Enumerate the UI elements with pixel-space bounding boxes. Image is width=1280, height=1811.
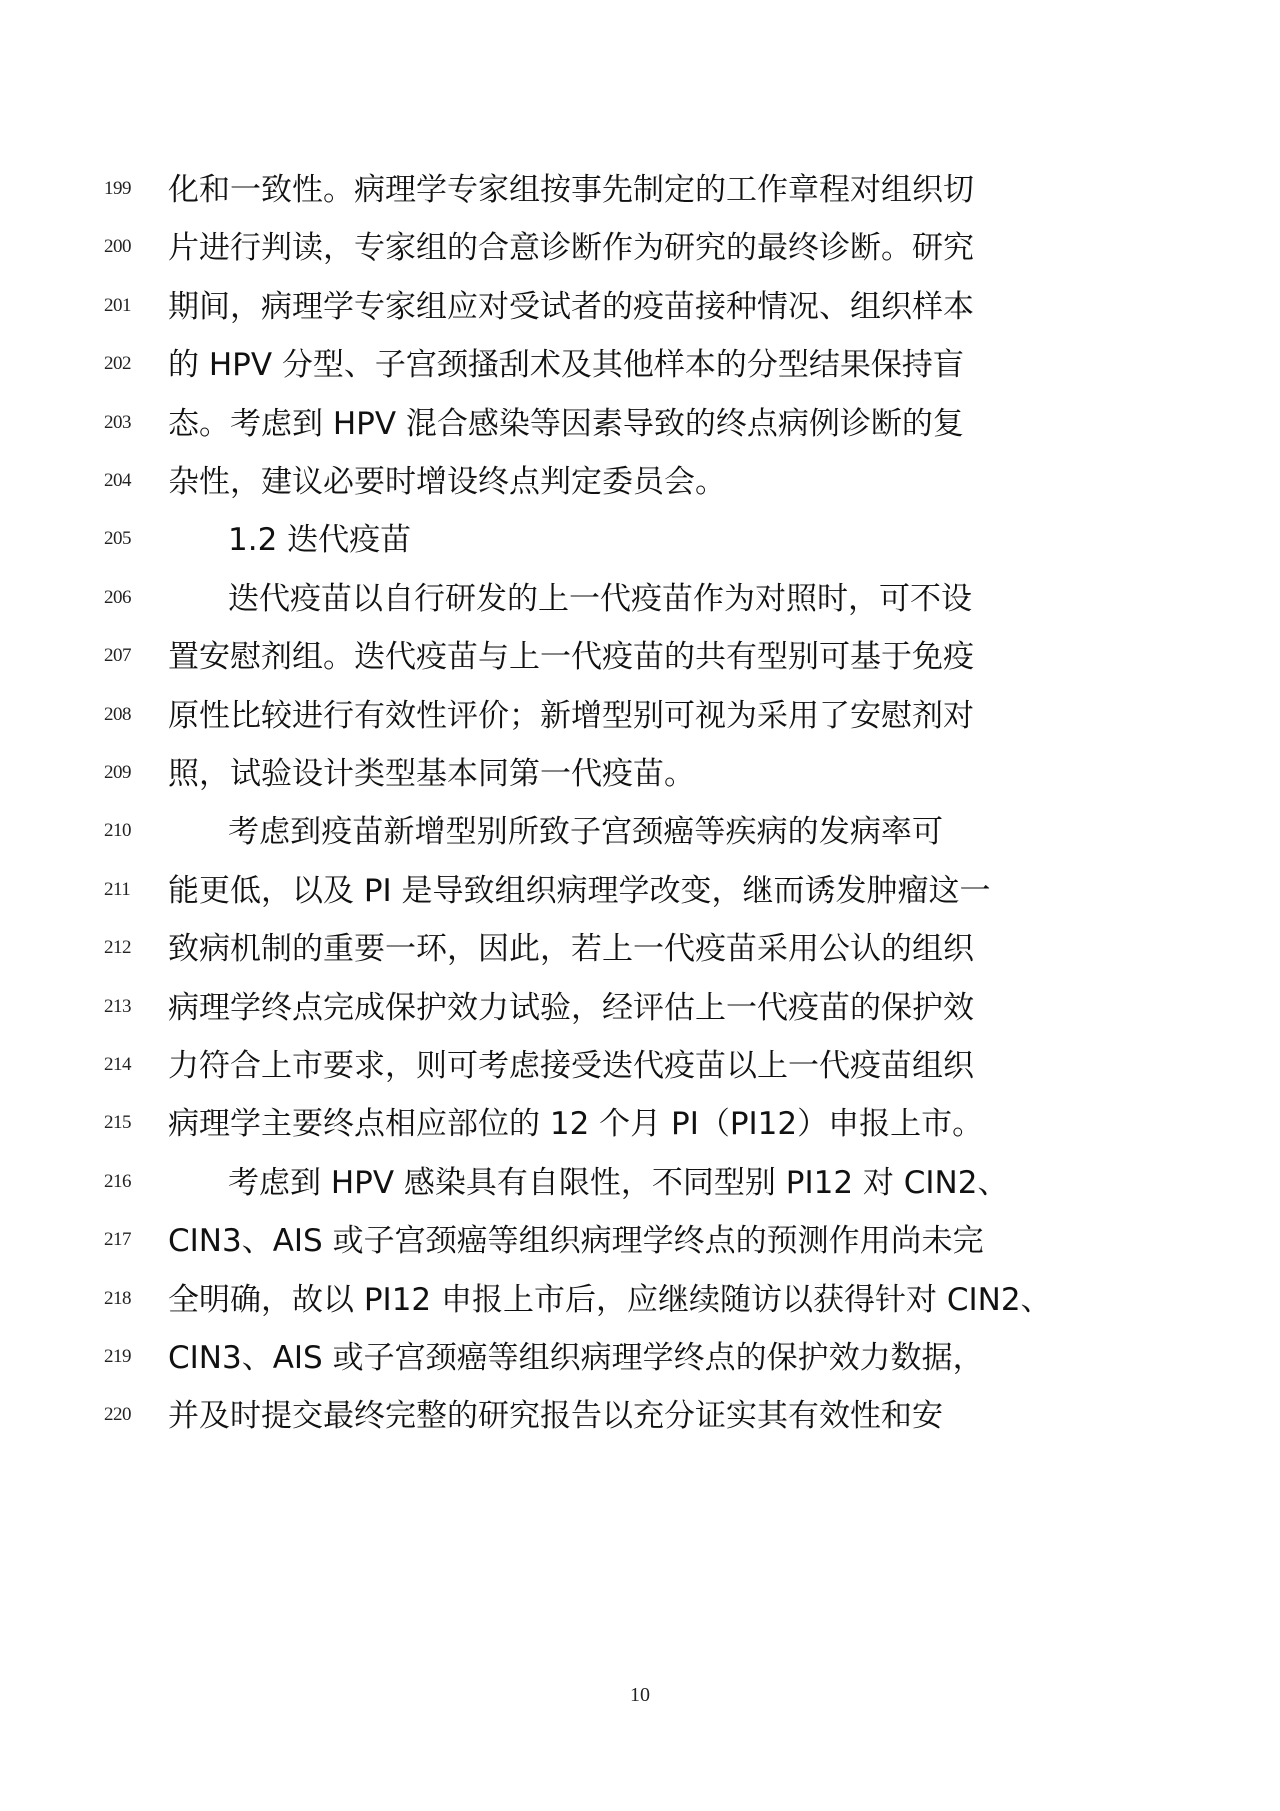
- line-number: 212: [104, 937, 131, 959]
- line-number: 217: [104, 1229, 131, 1251]
- line-text: CIN3、AIS 或子宫颈癌等组织病理学终点的预测作用尚未完: [168, 1221, 943, 1261]
- line-number: 205: [104, 528, 131, 550]
- line-text: 迭代疫苗以自行研发的上一代疫苗作为对照时，可不设: [228, 579, 943, 619]
- line-text: 力符合上市要求，则可考虑接受迭代疫苗以上一代疫苗组织: [168, 1046, 943, 1086]
- section-heading: 1.2 迭代疫苗: [228, 520, 943, 560]
- document-line: 213 病理学终点完成保护效力试验，经评估上一代疫苗的保护效: [0, 988, 1280, 1028]
- line-text: 的 HPV 分型、子宫颈搔刮术及其他样本的分型结果保持盲: [168, 345, 943, 385]
- line-text: 照，试验设计类型基本同第一代疫苗。: [168, 754, 943, 794]
- line-text: 病理学主要终点相应部位的 12 个月 PI（PI12）申报上市。: [168, 1104, 943, 1144]
- line-number: 214: [104, 1054, 131, 1076]
- document-line: 201 期间，病理学专家组应对受试者的疫苗接种情况、组织样本: [0, 287, 1280, 327]
- document-line: 203 态。考虑到 HPV 混合感染等因素导致的终点病例诊断的复: [0, 404, 1280, 444]
- page-number: 10: [0, 1684, 1280, 1707]
- document-line: 202 的 HPV 分型、子宫颈搔刮术及其他样本的分型结果保持盲: [0, 345, 1280, 385]
- line-number: 216: [104, 1171, 131, 1193]
- line-number: 204: [104, 470, 131, 492]
- line-text: 全明确，故以 PI12 申报上市后，应继续随访以获得针对 CIN2、: [168, 1280, 943, 1320]
- line-text: 原性比较进行有效性评价；新增型别可视为采用了安慰剂对: [168, 696, 943, 736]
- line-number: 210: [104, 820, 131, 842]
- line-number: 220: [104, 1404, 131, 1426]
- line-number: 203: [104, 412, 131, 434]
- document-line: 204 杂性，建议必要时增设终点判定委员会。: [0, 462, 1280, 502]
- document-line: 208 原性比较进行有效性评价；新增型别可视为采用了安慰剂对: [0, 696, 1280, 736]
- line-number: 211: [104, 879, 130, 901]
- line-number: 219: [104, 1346, 131, 1368]
- document-line: 199 化和一致性。病理学专家组按事先制定的工作章程对组织切: [0, 170, 1280, 210]
- line-text: 并及时提交最终完整的研究报告以充分证实其有效性和安: [168, 1396, 943, 1436]
- document-line: 217 CIN3、AIS 或子宫颈癌等组织病理学终点的预测作用尚未完: [0, 1221, 1280, 1261]
- line-text: 杂性，建议必要时增设终点判定委员会。: [168, 462, 943, 502]
- document-line: 219 CIN3、AIS 或子宫颈癌等组织病理学终点的保护效力数据，: [0, 1338, 1280, 1378]
- document-line: 220 并及时提交最终完整的研究报告以充分证实其有效性和安: [0, 1396, 1280, 1436]
- line-number: 199: [104, 178, 131, 200]
- line-text: 考虑到疫苗新增型别所致子宫颈癌等疾病的发病率可: [228, 812, 943, 852]
- document-line: 216 考虑到 HPV 感染具有自限性，不同型别 PI12 对 CIN2、: [0, 1163, 1280, 1203]
- line-text: CIN3、AIS 或子宫颈癌等组织病理学终点的保护效力数据，: [168, 1338, 943, 1378]
- line-number: 202: [104, 353, 131, 375]
- line-text: 化和一致性。病理学专家组按事先制定的工作章程对组织切: [168, 170, 943, 210]
- line-text: 置安慰剂组。迭代疫苗与上一代疫苗的共有型别可基于免疫: [168, 637, 943, 677]
- line-text: 态。考虑到 HPV 混合感染等因素导致的终点病例诊断的复: [168, 404, 943, 444]
- line-text: 致病机制的重要一环，因此，若上一代疫苗采用公认的组织: [168, 929, 943, 969]
- line-number: 200: [104, 236, 131, 258]
- document-page: 199 化和一致性。病理学专家组按事先制定的工作章程对组织切 200 片进行判读…: [0, 0, 1280, 1811]
- line-number: 206: [104, 587, 131, 609]
- document-line: 214 力符合上市要求，则可考虑接受迭代疫苗以上一代疫苗组织: [0, 1046, 1280, 1086]
- section-heading-line: 205 1.2 迭代疫苗: [0, 520, 1280, 560]
- document-line: 200 片进行判读，专家组的合意诊断作为研究的最终诊断。研究: [0, 228, 1280, 268]
- document-line: 206 迭代疫苗以自行研发的上一代疫苗作为对照时，可不设: [0, 579, 1280, 619]
- line-number: 209: [104, 762, 131, 784]
- document-line: 215 病理学主要终点相应部位的 12 个月 PI（PI12）申报上市。: [0, 1104, 1280, 1144]
- line-text: 病理学终点完成保护效力试验，经评估上一代疫苗的保护效: [168, 988, 943, 1028]
- line-number: 215: [104, 1112, 131, 1134]
- document-line: 207 置安慰剂组。迭代疫苗与上一代疫苗的共有型别可基于免疫: [0, 637, 1280, 677]
- document-line: 212 致病机制的重要一环，因此，若上一代疫苗采用公认的组织: [0, 929, 1280, 969]
- line-number: 201: [104, 295, 131, 317]
- line-text: 片进行判读，专家组的合意诊断作为研究的最终诊断。研究: [168, 228, 943, 268]
- document-line: 209 照，试验设计类型基本同第一代疫苗。: [0, 754, 1280, 794]
- line-number: 213: [104, 996, 131, 1018]
- line-number: 218: [104, 1288, 131, 1310]
- line-text: 考虑到 HPV 感染具有自限性，不同型别 PI12 对 CIN2、: [228, 1163, 943, 1203]
- line-number: 207: [104, 645, 131, 667]
- document-line: 210 考虑到疫苗新增型别所致子宫颈癌等疾病的发病率可: [0, 812, 1280, 852]
- line-text: 期间，病理学专家组应对受试者的疫苗接种情况、组织样本: [168, 287, 943, 327]
- line-number: 208: [104, 704, 131, 726]
- document-line: 211 能更低，以及 PI 是导致组织病理学改变，继而诱发肿瘤这一: [0, 871, 1280, 911]
- line-text: 能更低，以及 PI 是导致组织病理学改变，继而诱发肿瘤这一: [168, 871, 943, 911]
- document-line: 218 全明确，故以 PI12 申报上市后，应继续随访以获得针对 CIN2、: [0, 1280, 1280, 1320]
